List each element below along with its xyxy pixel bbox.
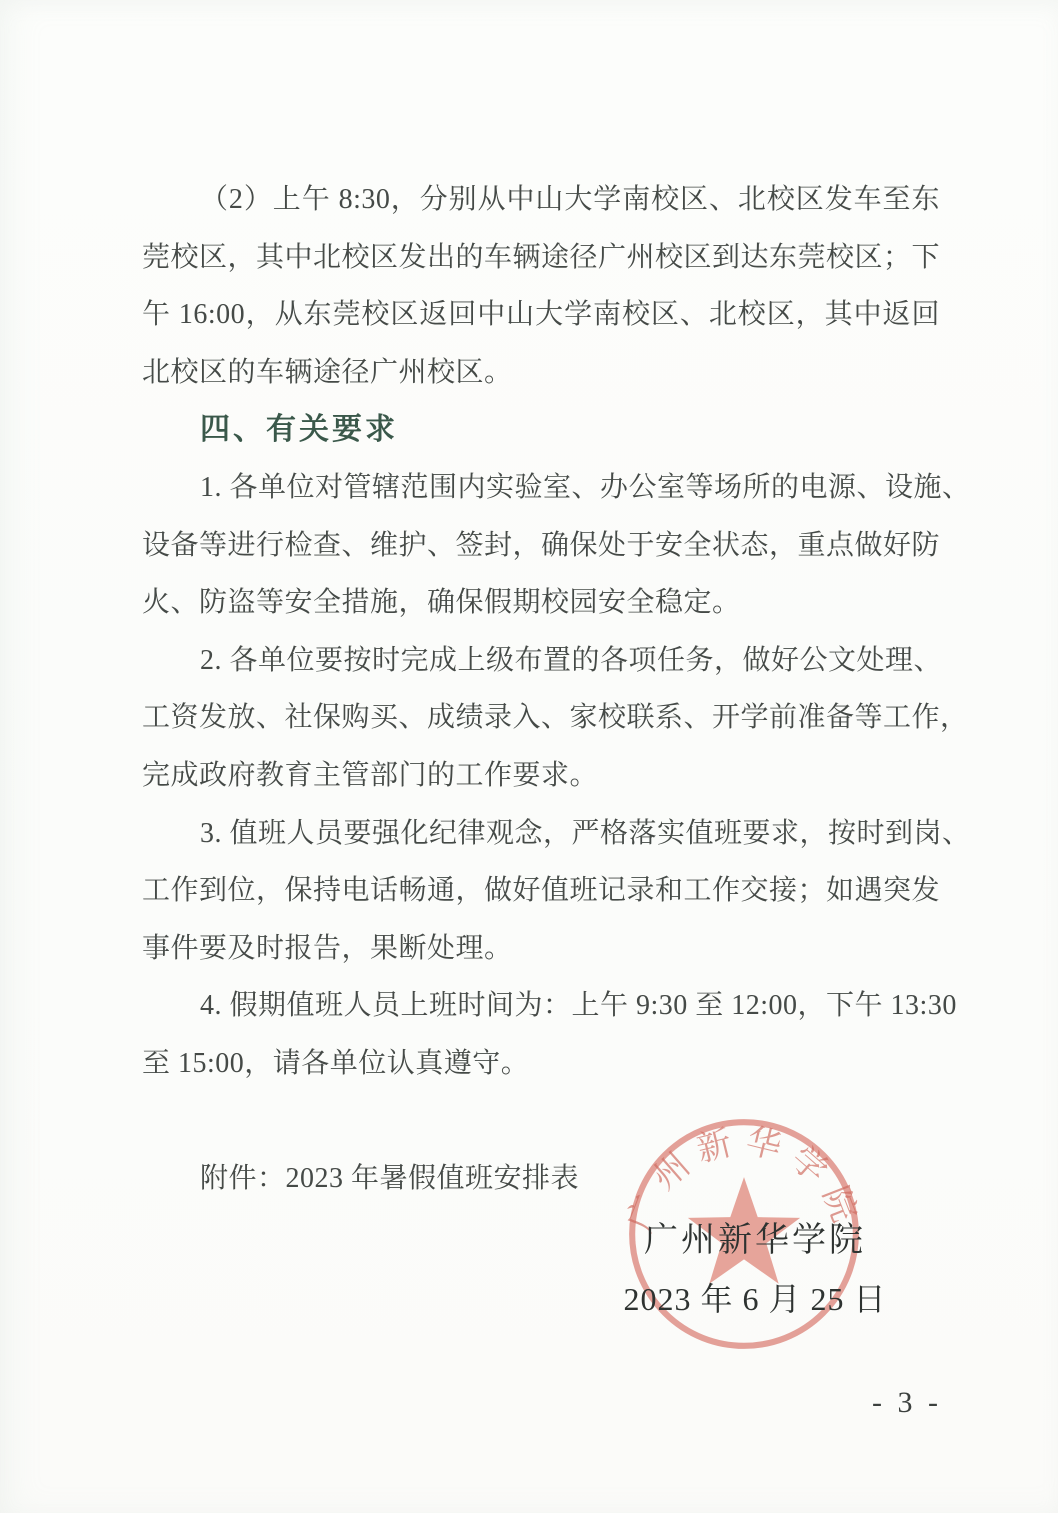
doc-line: 完成政府教育主管部门的工作要求。 — [142, 747, 940, 805]
blank-line — [142, 1093, 940, 1151]
doc-line: 莞校区，其中北校区发出的车辆途径广州校区到达东莞校区；下 — [142, 229, 940, 287]
requirement-item-1: 1. 各单位对管辖范围内实验室、办公室等场所的电源、设施、 设备等进行检查、维护… — [142, 459, 940, 632]
doc-line: 午 16:00，从东莞校区返回中山大学南校区、北校区，其中返回 — [142, 286, 940, 344]
scanned-notice-page: （2）上午 8:30，分别从中山大学南校区、北校区发车至东 莞校区，其中北校区发… — [0, 0, 1058, 1513]
requirement-item-2: 2. 各单位要按时完成上级布置的各项任务，做好公文处理、 工资发放、社保购买、成… — [142, 632, 940, 805]
doc-line: 1. 各单位对管辖范围内实验室、办公室等场所的电源、设施、 — [142, 459, 940, 517]
signature-org: 广州新华学院 — [592, 1212, 918, 1270]
document-body: （2）上午 8:30，分别从中山大学南校区、北校区发车至东 莞校区，其中北校区发… — [142, 171, 940, 1208]
doc-line: 4. 假期值班人员上班时间为：上午 9:30 至 12:00，下午 13:30 — [142, 977, 940, 1035]
doc-line: 工资发放、社保购买、成绩录入、家校联系、开学前准备等工作， — [142, 689, 940, 747]
doc-line: 北校区的车辆途径广州校区。 — [142, 344, 940, 402]
doc-line: 2. 各单位要按时完成上级布置的各项任务，做好公文处理、 — [142, 632, 940, 690]
requirement-item-4: 4. 假期值班人员上班时间为：上午 9:30 至 12:00，下午 13:30 … — [142, 977, 940, 1092]
page-number: - 3 - — [872, 1386, 942, 1420]
signature-block: 广州新华学院 2023 年 6 月 25 日 — [592, 1212, 918, 1328]
attachment-line: 附件：2023 年暑假值班安排表 — [142, 1150, 940, 1208]
doc-line: 设备等进行检查、维护、签封，确保处于安全状态，重点做好防 — [142, 517, 940, 575]
requirement-item-3: 3. 值班人员要强化纪律观念，严格落实值班要求，按时到岗、 工作到位，保持电话畅… — [142, 805, 940, 978]
doc-line: 事件要及时报告，果断处理。 — [142, 920, 940, 978]
doc-line: 3. 值班人员要强化纪律观念，严格落实值班要求，按时到岗、 — [142, 805, 940, 863]
signature-date: 2023 年 6 月 25 日 — [592, 1270, 918, 1328]
doc-line: 火、防盗等安全措施，确保假期校园安全稳定。 — [142, 574, 940, 632]
doc-line: 至 15:00，请各单位认真遵守。 — [142, 1035, 940, 1093]
section-heading: 四、有关要求 — [142, 401, 940, 459]
doc-line: 工作到位，保持电话畅通，做好值班记录和工作交接；如遇突发 — [142, 862, 940, 920]
doc-line: （2）上午 8:30，分别从中山大学南校区、北校区发车至东 — [142, 171, 940, 229]
paragraph-vehicle-schedule: （2）上午 8:30，分别从中山大学南校区、北校区发车至东 莞校区，其中北校区发… — [142, 171, 940, 401]
